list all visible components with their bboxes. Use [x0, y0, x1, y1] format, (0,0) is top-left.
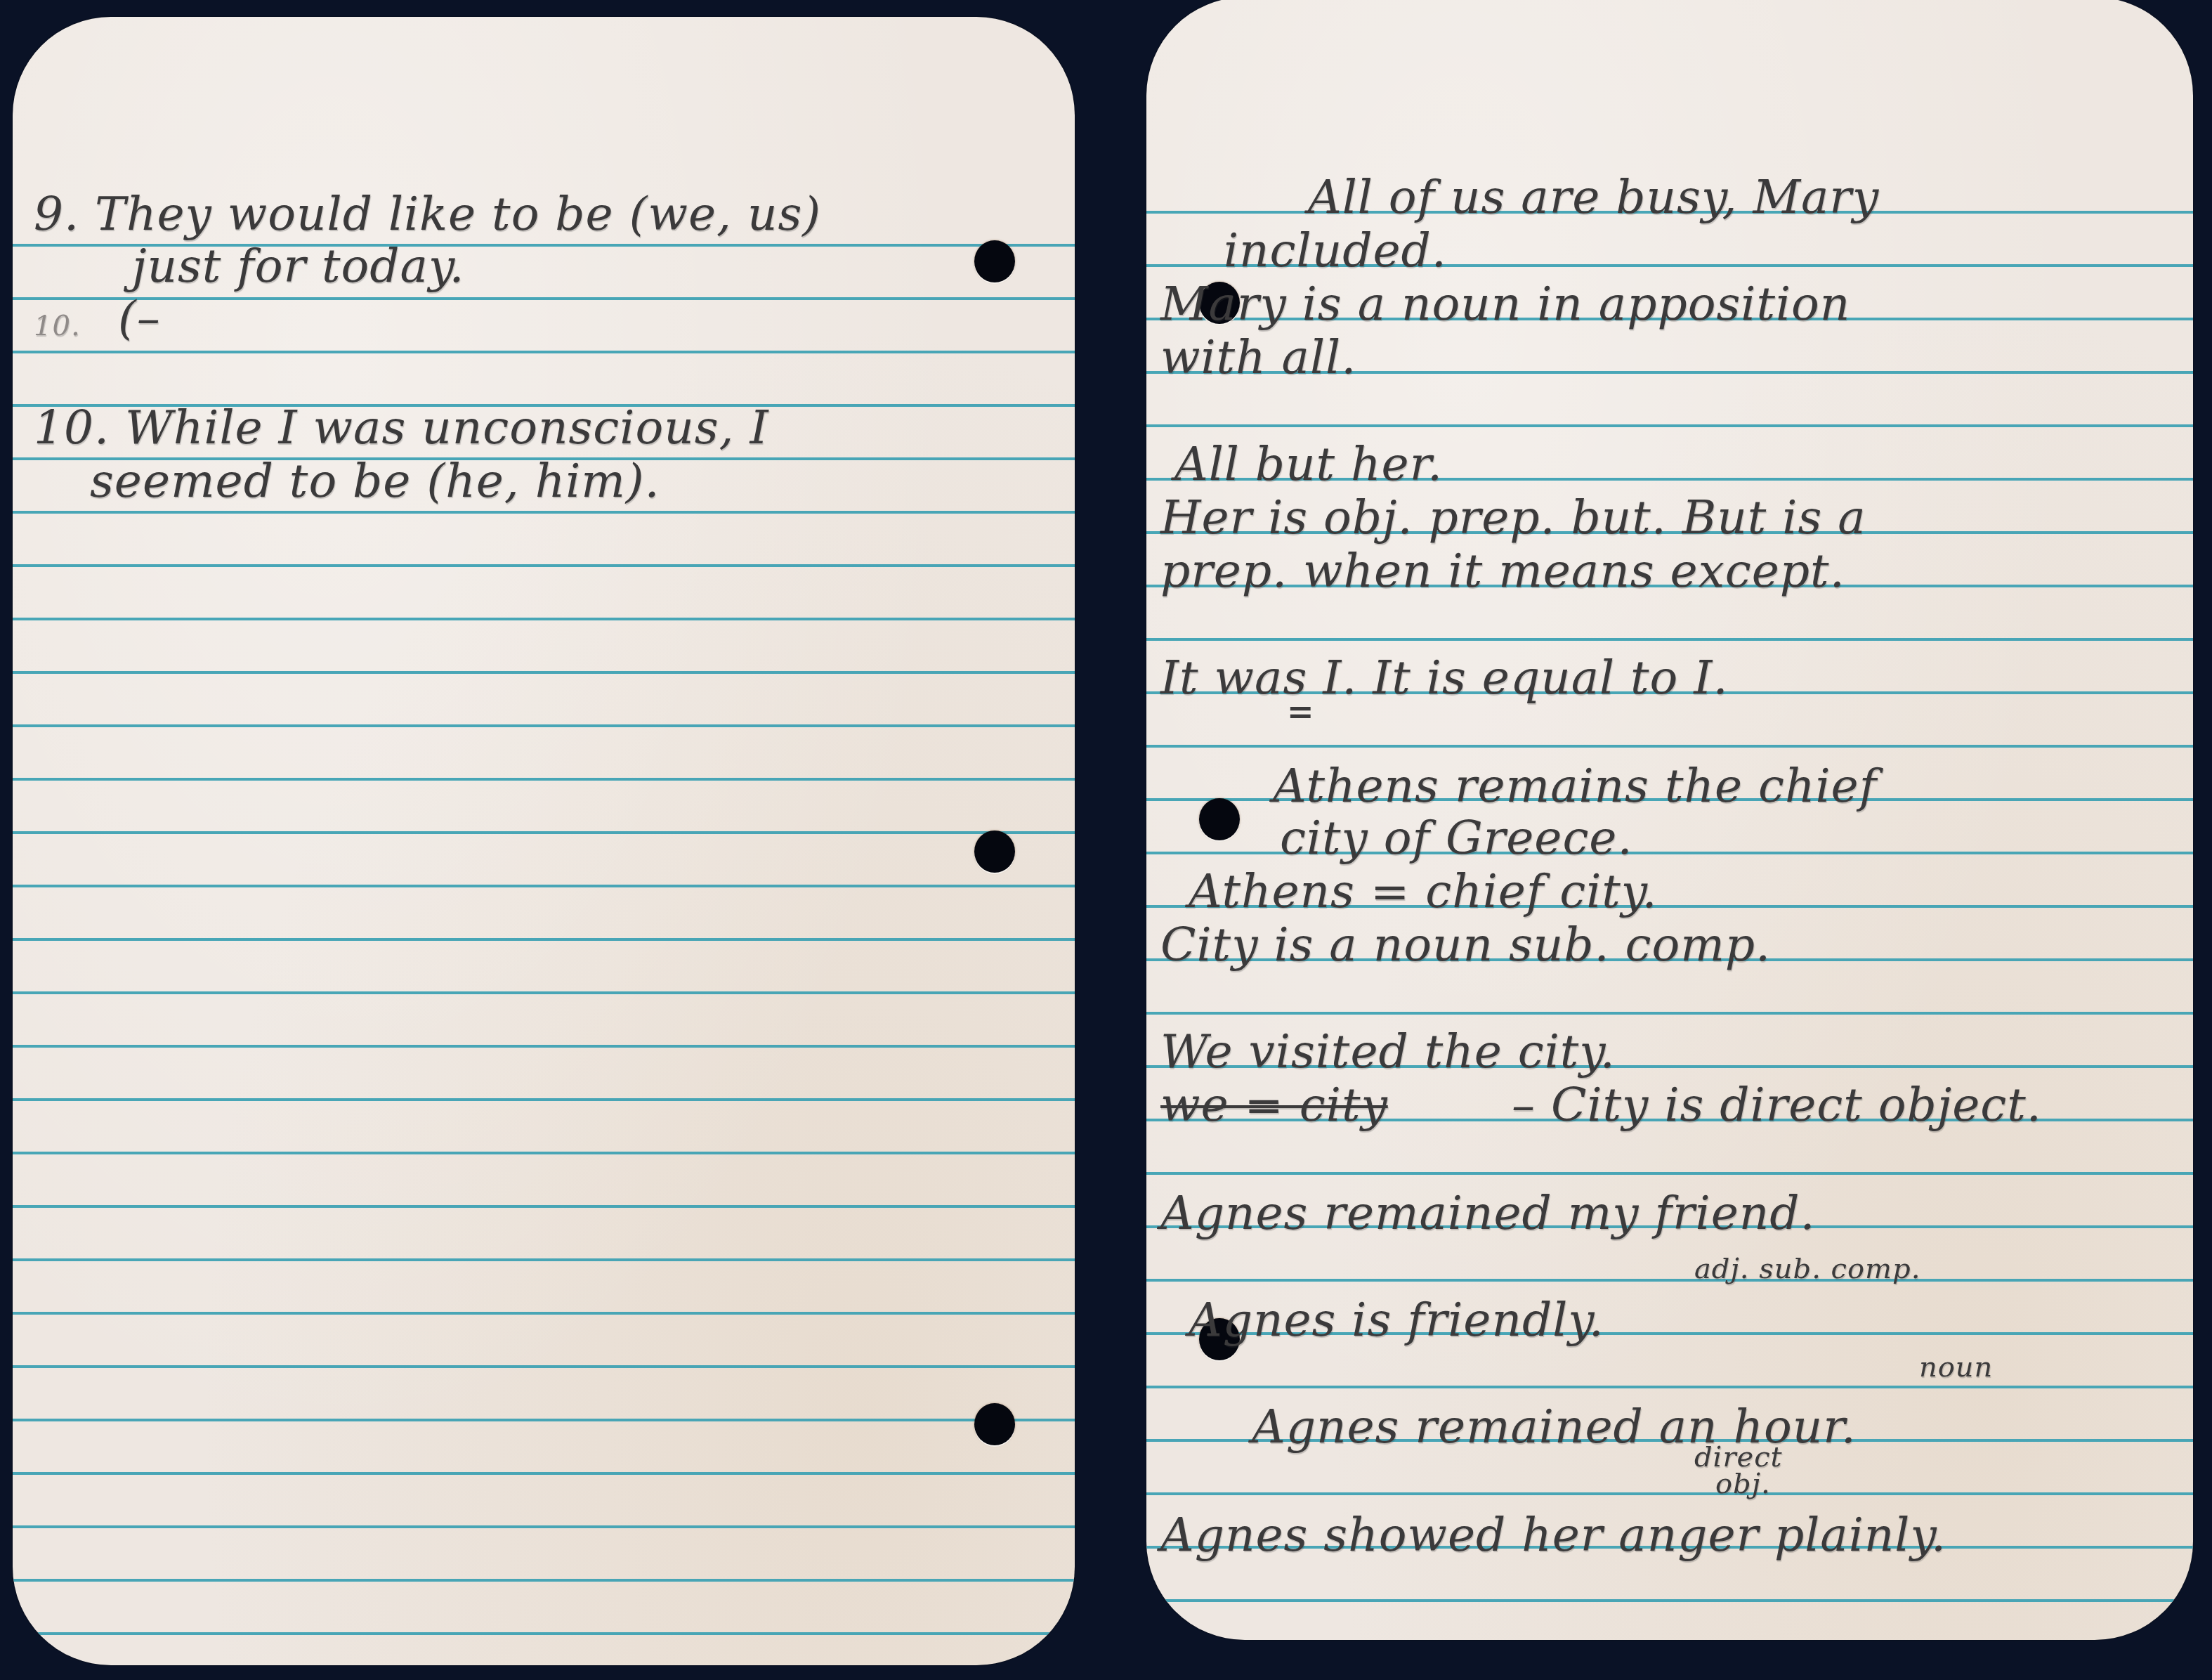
annotation-direct: direct [1694, 1443, 1783, 1471]
index-card-left: 9. They would like to be (we, us) just f… [13, 17, 1075, 1665]
exercise-10-line-2: seemed to be (he, him). [90, 458, 660, 504]
rule-line [13, 671, 1075, 674]
rule-line [13, 511, 1075, 514]
rule-line [13, 831, 1075, 834]
rule-line [13, 1045, 1075, 1048]
rule-line [13, 1632, 1075, 1635]
rule-line [13, 991, 1075, 994]
note-her-obj-cont: prep. when it means except. [1160, 548, 1845, 594]
rule-line [13, 885, 1075, 887]
rule-line [1146, 424, 2193, 427]
note-direct-object: – City is direct object. [1512, 1082, 2042, 1128]
punch-hole-middle [974, 831, 1015, 873]
exercise-10-line-1: 10. While I was unconscious, I [34, 405, 769, 451]
note-athens-equals: Athens = chief city. [1189, 868, 1657, 915]
sentence-athens-cont: city of Greece. [1280, 815, 1632, 861]
punch-hole-top [974, 240, 1015, 282]
rule-line [13, 1258, 1075, 1261]
annotation-obj: obj. [1715, 1470, 1771, 1498]
rule-line [13, 1365, 1075, 1368]
rule-line [13, 1419, 1075, 1421]
sentence-busy: All of us are busy, Mary [1308, 174, 1879, 221]
rule-line [1146, 1172, 2193, 1175]
annotation-noun: noun [1919, 1353, 1993, 1381]
sentence-friendly: Agnes is friendly. [1189, 1297, 1604, 1343]
rule-line [13, 1312, 1075, 1315]
rule-line [13, 564, 1075, 567]
rule-line [13, 1152, 1075, 1154]
sentence-busy-cont: included. [1224, 228, 1447, 274]
rule-line [13, 1205, 1075, 1208]
rule-line [13, 1525, 1075, 1528]
punch-hole-middle [1199, 798, 1240, 840]
exercise-number-faint: 10. [34, 312, 81, 340]
rule-line [13, 778, 1075, 781]
rule-line [13, 297, 1075, 300]
rule-line [13, 618, 1075, 620]
sentence-it-was-i: It was I. It is equal to I. [1160, 655, 1728, 701]
note-city-noun: City is a noun sub. comp. [1160, 922, 1771, 968]
punch-hole-bottom [974, 1403, 1015, 1445]
rule-line [13, 1579, 1075, 1582]
rule-line [13, 1472, 1075, 1475]
rule-line [1146, 1386, 2193, 1388]
rule-line [1146, 745, 2193, 748]
rule-line [1146, 1279, 2193, 1282]
rule-line [1146, 1012, 2193, 1015]
correction-mark: (– [118, 295, 161, 341]
sentence-visited: We visited the city. [1160, 1029, 1616, 1075]
rule-line [1146, 638, 2193, 641]
note-apposition-cont: with all. [1160, 334, 1356, 381]
note-struck-we-city: we = city [1160, 1082, 1388, 1128]
exercise-9-line-2: just for today. [132, 243, 464, 289]
note-her-obj: Her is obj. prep. but. But is a [1160, 495, 1866, 541]
sentence-anger: Agnes showed her anger plainly. [1160, 1512, 1946, 1558]
double-underline-mark: = [1287, 693, 1314, 731]
rule-line [1146, 1492, 2193, 1495]
sentence-athens: Athens remains the chief [1273, 763, 1877, 809]
index-card-right: All of us are busy, Mary included. Mary … [1146, 0, 2193, 1640]
sentence-friend: Agnes remained my friend. [1160, 1190, 1816, 1237]
rule-line [13, 351, 1075, 353]
rule-line [1146, 1599, 2193, 1602]
exercise-9-line-1: 9. They would like to be (we, us) [34, 191, 821, 237]
rule-line [13, 724, 1075, 727]
rule-line [13, 938, 1075, 941]
note-apposition: Mary is a noun in apposition [1160, 281, 1850, 327]
sentence-all-but-her: All but her. [1174, 441, 1443, 488]
annotation-adj-sub-comp: adj. sub. comp. [1694, 1255, 1920, 1283]
rule-line [13, 1098, 1075, 1101]
